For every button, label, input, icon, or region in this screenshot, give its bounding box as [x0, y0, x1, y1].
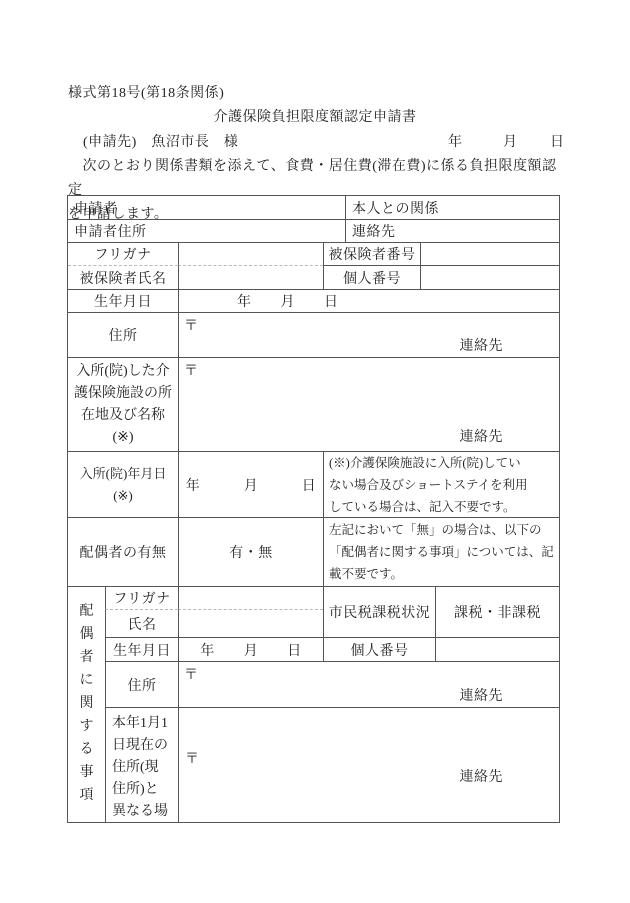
spouse-name-label-cell: 氏名	[105, 609, 178, 637]
spouse-current-address-input-cell: 〒 連絡先	[178, 707, 559, 822]
application-table: 申請者 本人との関係 申請者住所 連絡先 フリガナ 被保険者番号 被保険者氏名 …	[67, 195, 560, 823]
spouse-current-address-contact-label: 連絡先	[460, 766, 504, 786]
address-contact-label: 連絡先	[460, 335, 504, 355]
application-form-page: 様式第18号(第18条関係) 介護保険負担限度額認定申請書 (申請先) 魚沼市長…	[0, 0, 630, 903]
furigana-label-cell: フリガナ	[68, 242, 178, 265]
form-number: 様式第18号(第18条関係)	[68, 82, 224, 102]
birthdate-input-cell: 年 月 日	[178, 289, 559, 312]
spouse-birthdate-input-cell: 年 月 日	[178, 637, 323, 661]
address-input-cell: 〒 連絡先	[178, 312, 559, 357]
spouse-tax-status-value-cell: 課税・非課税	[435, 586, 559, 637]
spouse-name-input-cell	[178, 609, 323, 637]
date-month-label: 月	[503, 131, 518, 151]
postal-mark: 〒	[185, 748, 200, 768]
birthdate-label-cell: 生年月日	[68, 289, 178, 312]
spouse-furigana-label-cell: フリガナ	[105, 586, 178, 609]
spouse-tax-status-label-cell: 市民税課税状況	[323, 586, 435, 637]
admission-date-input-cell: 年 月 日	[178, 451, 323, 517]
spouse-note-cell: 左記において「無」の場合は、以下の 「配偶者に関する事項」については、記 載不要…	[323, 517, 559, 586]
postal-mark: 〒	[184, 664, 199, 684]
postal-mark: 〒	[184, 315, 199, 335]
admission-note-cell: (※)介護保険施設に入所(院)してい ない場合及びショートステイを利用 している…	[323, 451, 559, 517]
personal-number-input-cell	[420, 265, 559, 289]
facility-input-cell: 〒 連絡先	[178, 357, 559, 451]
spouse-address-input-cell: 〒 連絡先	[178, 661, 559, 707]
applicant-label-cell: 申請者	[68, 196, 345, 219]
spouse-current-address-label-cell: 本年1月1 日現在の 住所(現 住所)と 異なる場	[105, 707, 178, 822]
spouse-presence-label-cell: 配偶者の有無	[68, 517, 178, 586]
applicant-address-label-cell: 申請者住所	[68, 219, 345, 242]
spouse-personal-number-input-cell	[435, 637, 559, 661]
insured-name-input-cell	[178, 265, 323, 289]
postal-mark: 〒	[184, 360, 199, 380]
personal-number-label-cell: 個人番号	[323, 265, 420, 289]
date-year-label: 年	[448, 131, 463, 151]
furigana-input-cell	[178, 242, 323, 265]
spouse-address-label-cell: 住所	[105, 661, 178, 707]
admission-date-label-cell: 入所(院)年月日 (※)	[68, 451, 178, 517]
facility-contact-label: 連絡先	[460, 426, 504, 446]
spouse-birthdate-label-cell: 生年月日	[105, 637, 178, 661]
insured-number-label-cell: 被保険者番号	[323, 242, 420, 265]
insured-number-input-cell	[420, 242, 559, 265]
date-day-label: 日	[550, 131, 565, 151]
address-label-cell: 住所	[68, 312, 178, 357]
spouse-presence-value-cell: 有・無	[178, 517, 323, 586]
spouse-furigana-input-cell	[178, 586, 323, 609]
spouse-personal-number-label-cell: 個人番号	[323, 637, 435, 661]
applicant-contact-label-cell: 連絡先	[345, 219, 559, 242]
insured-name-label-cell: 被保険者氏名	[68, 265, 178, 289]
page-title: 介護保険負担限度額認定申請書	[0, 106, 630, 126]
addressee-line: (申請先) 魚沼市長 様	[83, 131, 238, 151]
spouse-address-contact-label: 連絡先	[460, 685, 504, 705]
facility-label-cell: 入所(院)した介 護保険施設の所 在地及び名称 (※)	[68, 357, 178, 451]
relation-label-cell: 本人との関係	[345, 196, 559, 219]
spouse-section-label: 配偶者に関する事項	[68, 586, 105, 822]
